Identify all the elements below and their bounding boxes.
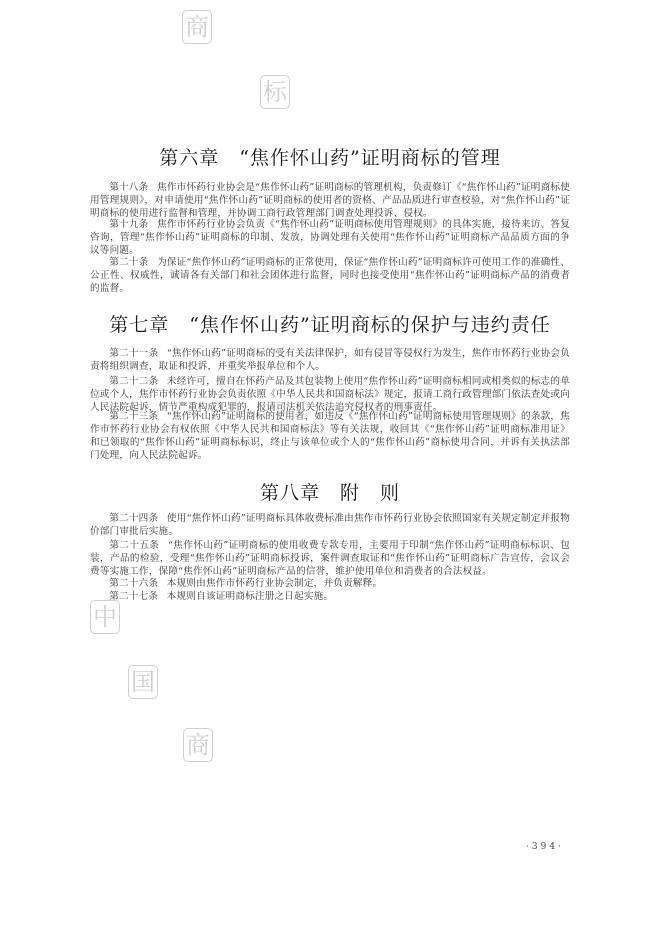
article: 第二十四条使用“焦作怀山药”证明商标具体收费标准由焦作市怀药行业协会依照国家有关… [90, 512, 570, 538]
article-number: 第二十条 [109, 257, 148, 268]
article-number: 第二十一条 [109, 348, 158, 359]
article-text: 本规则由焦作市怀药行业协会制定，并负责解释。 [167, 578, 382, 589]
article: 第二十二条未经许可，擅自在怀药产品及其包装物上使用“焦作怀山药”证明商标相同或相… [90, 375, 570, 414]
article: 第二十七条本规则自该证明商标注册之日起实施。 [90, 590, 570, 603]
article-text: “焦作怀山药”证明商标的使用者，如违反《“焦作怀山药”证明商标使用管理规则》的条… [90, 411, 570, 461]
page-number: ·394· [526, 842, 564, 852]
watermark-char: 标 [260, 75, 290, 109]
article-text: 焦作市怀药行业协会负责《“焦作怀山药”证明商标使用管理规则》的具体实施，接待来访… [90, 219, 570, 256]
article: 第十九条焦作市怀药行业协会负责《“焦作怀山药”证明商标使用管理规则》的具体实施，… [90, 218, 570, 257]
watermark-char: 国 [128, 665, 158, 699]
article-number: 第二十四条 [109, 513, 158, 524]
article-text: 为保证“焦作怀山药”证明商标的正常使用，保证“焦作怀山药”证明商标许可使用工作的… [90, 257, 570, 294]
article-number: 第二十五条 [109, 540, 159, 551]
article: 第二十六条本规则由焦作市怀药行业协会制定，并负责解释。 [90, 577, 570, 590]
article-number: 第二十七条 [109, 591, 158, 602]
article-text: 使用“焦作怀山药”证明商标具体收费标准由焦作市怀药行业协会依照国家有关规定制定并… [90, 513, 570, 537]
chapter-title: 第六章 “焦作怀山药”证明商标的管理 [0, 143, 660, 170]
article-number: 第十八条 [109, 182, 148, 193]
watermark-char: 商 [183, 728, 213, 762]
article: 第二十一条“焦作怀山药”证明商标的受有关法律保护，如有侵冒等侵权行为发生，焦作市… [90, 347, 570, 373]
article-number: 第二十二条 [109, 376, 158, 387]
article-number: 第二十六条 [109, 578, 158, 589]
article: 第二十三条“焦作怀山药”证明商标的使用者，如违反《“焦作怀山药”证明商标使用管理… [90, 410, 570, 462]
article: 第十八条焦作市怀药行业协会是“焦作怀山药”证明商标的管理机构，负责修订《“焦作怀… [90, 181, 570, 220]
chapter-title: 第七章 “焦作怀山药”证明商标的保护与违约责任 [0, 310, 660, 337]
article: 第二十五条“焦作怀山药”证明商标的使用收费专款专用，主要用于印制“焦作怀山药”证… [90, 539, 570, 578]
article-text: 本规则自该证明商标注册之日起实施。 [167, 591, 334, 602]
article-text: “焦作怀山药”证明商标的使用收费专款专用，主要用于印制“焦作怀山药”证明商标标识… [90, 540, 570, 577]
watermark-char: 商 [182, 10, 212, 44]
chapter-title: 第八章 附 则 [0, 478, 660, 505]
article-number: 第二十三条 [109, 411, 158, 422]
article-text: 焦作市怀药行业协会是“焦作怀山药”证明商标的管理机构，负责修订《“焦作怀山药”证… [90, 182, 570, 219]
watermark-char: 中 [90, 600, 120, 634]
article-text: “焦作怀山药”证明商标的受有关法律保护，如有侵冒等侵权行为发生，焦作市怀药行业协… [90, 348, 570, 372]
article-number: 第十九条 [109, 219, 148, 230]
article-text: 未经许可，擅自在怀药产品及其包装物上使用“焦作怀山药”证明商标相同或相类似的标志… [90, 376, 570, 413]
article: 第二十条为保证“焦作怀山药”证明商标的正常使用，保证“焦作怀山药”证明商标许可使… [90, 256, 570, 295]
